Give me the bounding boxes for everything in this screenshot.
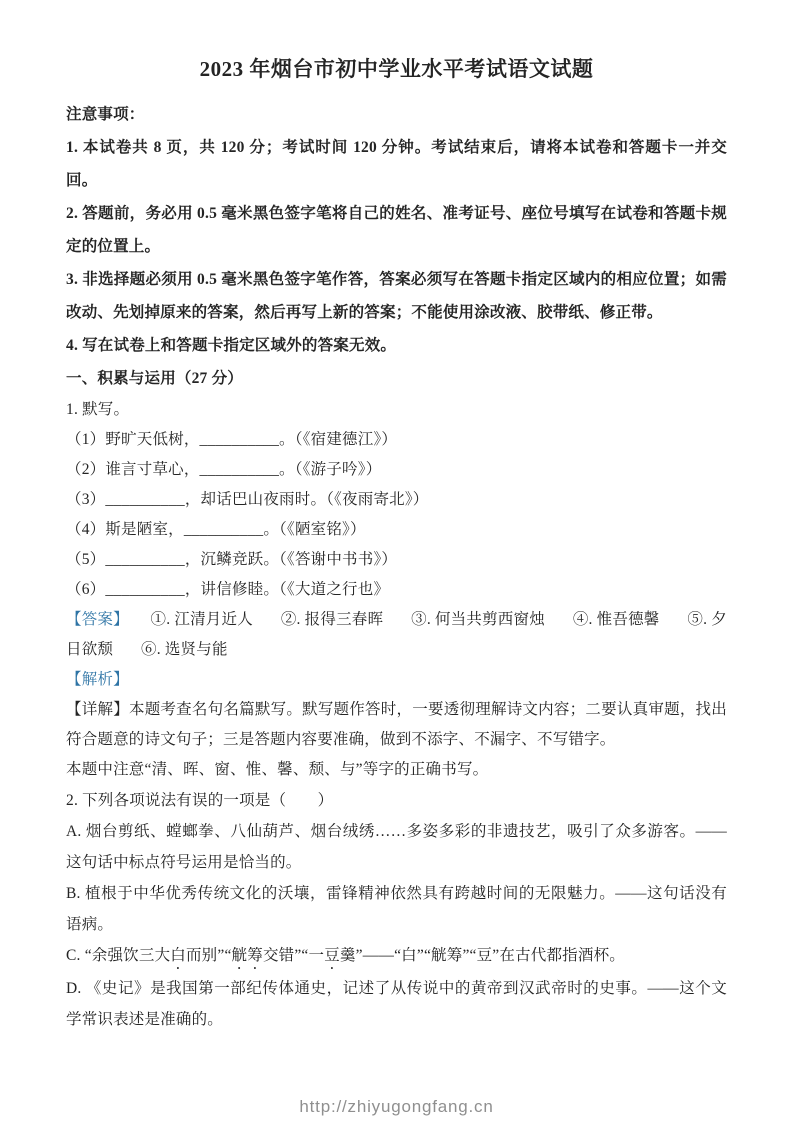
notice-item-3: 3. 非选择题必须用 0.5 毫米黑色签字笔作答，答案必须写在答题卡指定区域内的…: [66, 263, 727, 329]
notice-item-4: 4. 写在试卷上和答题卡指定区域外的答案无效。: [66, 329, 727, 362]
analysis-note: 本题中注意“清、晖、窗、惟、馨、颓、与”等字的正确书写。: [66, 755, 727, 785]
answer-item: ③. 何当共剪西窗烛: [411, 611, 545, 628]
notice-heading: 注意事项：: [66, 98, 727, 131]
notice-item-1: 1. 本试卷共 8 页，共 120 分；考试时间 120 分钟。考试结束后，请将…: [66, 131, 727, 197]
option-d: D. 《史记》是我国第一部纪传体通史，记述了从传说中的黄帝到汉武帝时的史事。——…: [66, 973, 727, 1035]
analysis-label: 【解析】: [66, 665, 727, 695]
dictation-item-5: （5）__________，沉鳞竞跃。（《答谢中书书》）: [66, 545, 727, 575]
analysis-detail: 【详解】本题考查名句名篇默写。默写题作答时，一要透彻理解诗文内容；二要认真审题，…: [66, 695, 727, 755]
text-segment: 羹”——“白”“觥筹”“豆”在古代都指酒杯。: [340, 947, 625, 964]
page-title: 2023 年烟台市初中学业水平考试语文试题: [66, 52, 727, 86]
question-2-stem: 2. 下列各项说法有误的一项是（ ）: [66, 785, 727, 816]
answer-item: ①. 江清月近人: [151, 611, 253, 628]
text-segment: C. “余强饮三大: [66, 947, 170, 964]
footer-watermark-url: http://zhiyugongfang.cn: [66, 1097, 727, 1117]
notice-item-2: 2. 答题前，务必用 0.5 毫米黑色签字笔将自己的姓名、准考证号、座位号填写在…: [66, 197, 727, 263]
dictation-item-1: （1）野旷天低树，__________。（《宿建德江》）: [66, 425, 727, 455]
emphasized-text: 觥筹: [232, 947, 263, 964]
text-segment: 交错”“一: [263, 947, 324, 964]
exam-document: 2023 年烟台市初中学业水平考试语文试题 注意事项： 1. 本试卷共 8 页，…: [0, 0, 793, 1117]
option-b: B. 植根于中华优秀传统文化的沃壤，雷锋精神依然具有跨越时间的无限魅力。——这句…: [66, 878, 727, 940]
answer-item: ④. 惟吾德馨: [573, 611, 660, 628]
answer-items: ①. 江清月近人②. 报得三春晖③. 何当共剪西窗烛④. 惟吾德馨⑤. 夕日欲颓…: [66, 611, 727, 658]
answer-line: 【答案】①. 江清月近人②. 报得三春晖③. 何当共剪西窗烛④. 惟吾德馨⑤. …: [66, 605, 727, 665]
text-segment: 而别”“: [186, 947, 232, 964]
section-heading: 一、积累与运用（27 分）: [66, 362, 727, 395]
dictation-item-6: （6）__________，讲信修睦。（《大道之行也》: [66, 575, 727, 605]
emphasized-text: 白: [170, 947, 186, 964]
dictation-item-3: （3）__________，却话巴山夜雨时。（《夜雨寄北》）: [66, 485, 727, 515]
answer-label: 【答案】: [66, 611, 129, 628]
answer-item: ⑥. 选贤与能: [141, 641, 228, 658]
option-c: C. “余强饮三大白而别”“觥筹交错”“一豆羹”——“白”“觥筹”“豆”在古代都…: [66, 940, 727, 973]
question-1-stem: 1. 默写。: [66, 395, 727, 425]
dictation-item-4: （4）斯是陋室，__________。（《陋室铭》）: [66, 515, 727, 545]
answer-item: ②. 报得三春晖: [281, 611, 383, 628]
emphasized-text: 豆: [324, 947, 340, 964]
option-a: A. 烟台剪纸、螳螂拳、八仙葫芦、烟台绒绣……多姿多彩的非遗技艺，吸引了众多游客…: [66, 816, 727, 878]
dictation-item-2: （2）谁言寸草心，__________。（《游子吟》）: [66, 455, 727, 485]
